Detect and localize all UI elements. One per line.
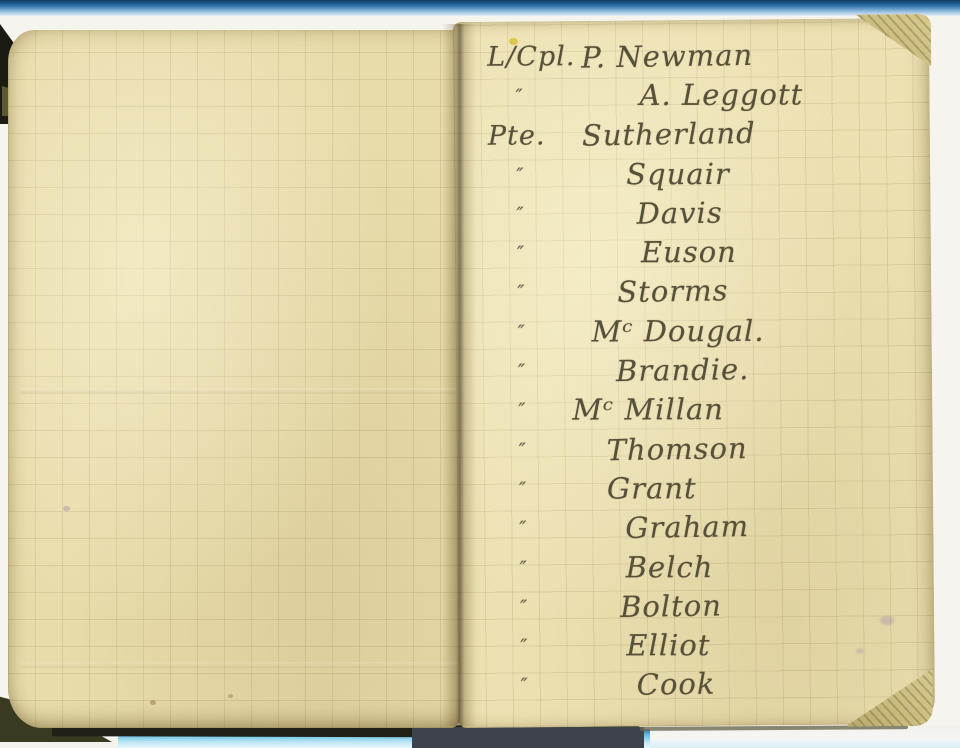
roster-row: Pte. Sutherland [484,113,918,156]
roster-row: ″ Graham [487,506,921,549]
left-page-blank [8,30,460,728]
ditto-mark: ″ [487,438,613,461]
roster-row: ″ Storms [485,270,919,313]
roster-row: ″ Euson [485,231,919,274]
roster-row: ″ Thomson [486,427,920,470]
roster-row: ″ Belch [488,545,922,588]
right-page-roster: L/Cpl. P. Newman ″ A. Leggott Pte. Suthe… [453,18,935,728]
name-label: Sutherland [582,116,756,153]
ditto-mark: ″ [485,281,611,304]
handwritten-roster-list: L/Cpl. P. Newman ″ A. Leggott Pte. Suthe… [483,34,923,706]
ditto-mark: ″ [486,360,612,383]
roster-row: ″ Cook [489,663,923,706]
ditto-mark: ″ [485,242,611,265]
roster-row: ″ Mᶜ Dougal. [485,309,919,352]
scanner-band-top [0,0,960,16]
name-label: Brandie. [616,352,750,388]
ditto-mark: ″ [488,556,614,579]
roster-row: L/Cpl. P. Newman [483,34,917,77]
name-label: Graham [625,509,749,545]
roster-row: ″ Elliot [488,623,922,666]
roster-row: ″ Squair [484,152,918,195]
name-label: Mᶜ Millan [572,392,724,427]
ditto-mark: ″ [485,203,611,226]
name-label: Thomson [606,431,748,467]
ditto-mark: ″ [487,478,613,501]
name-label: Squair [626,156,730,190]
rank-label: Pte. [484,120,582,152]
ditto-mark: ″ [488,635,614,658]
name-label: Belch [626,550,714,584]
name-label: Euson [641,235,737,269]
paper-crease [20,388,460,394]
ditto-mark: ″ [487,517,613,540]
notebook-spine-shadow [412,727,644,748]
name-label: Elliot [626,628,710,662]
name-label: Grant [607,471,697,505]
ditto-mark: ″ [489,674,615,697]
name-label: Davis [636,195,723,230]
rank-label: L/Cpl. [483,41,581,73]
roster-row: ″ Bolton [488,584,922,627]
name-label: P. Newman [581,38,753,75]
ditto-mark: ″ [483,85,609,108]
name-label: Bolton [620,588,722,624]
name-label: A. Leggott [640,77,804,112]
roster-row: ″ Mᶜ Millan [486,388,920,431]
name-label: Storms [617,274,729,310]
ditto-mark: ″ [484,163,610,186]
name-label: Cook [636,667,715,702]
roster-row: ″ Davis [484,191,918,234]
roster-row: ″ A. Leggott [483,73,917,116]
paper-crease [20,662,460,668]
roster-row: ″ Brandie. [486,348,920,391]
roster-row: ″ Grant [487,466,921,509]
ditto-mark: ″ [488,596,614,619]
name-label: Mᶜ Dougal. [592,314,765,349]
